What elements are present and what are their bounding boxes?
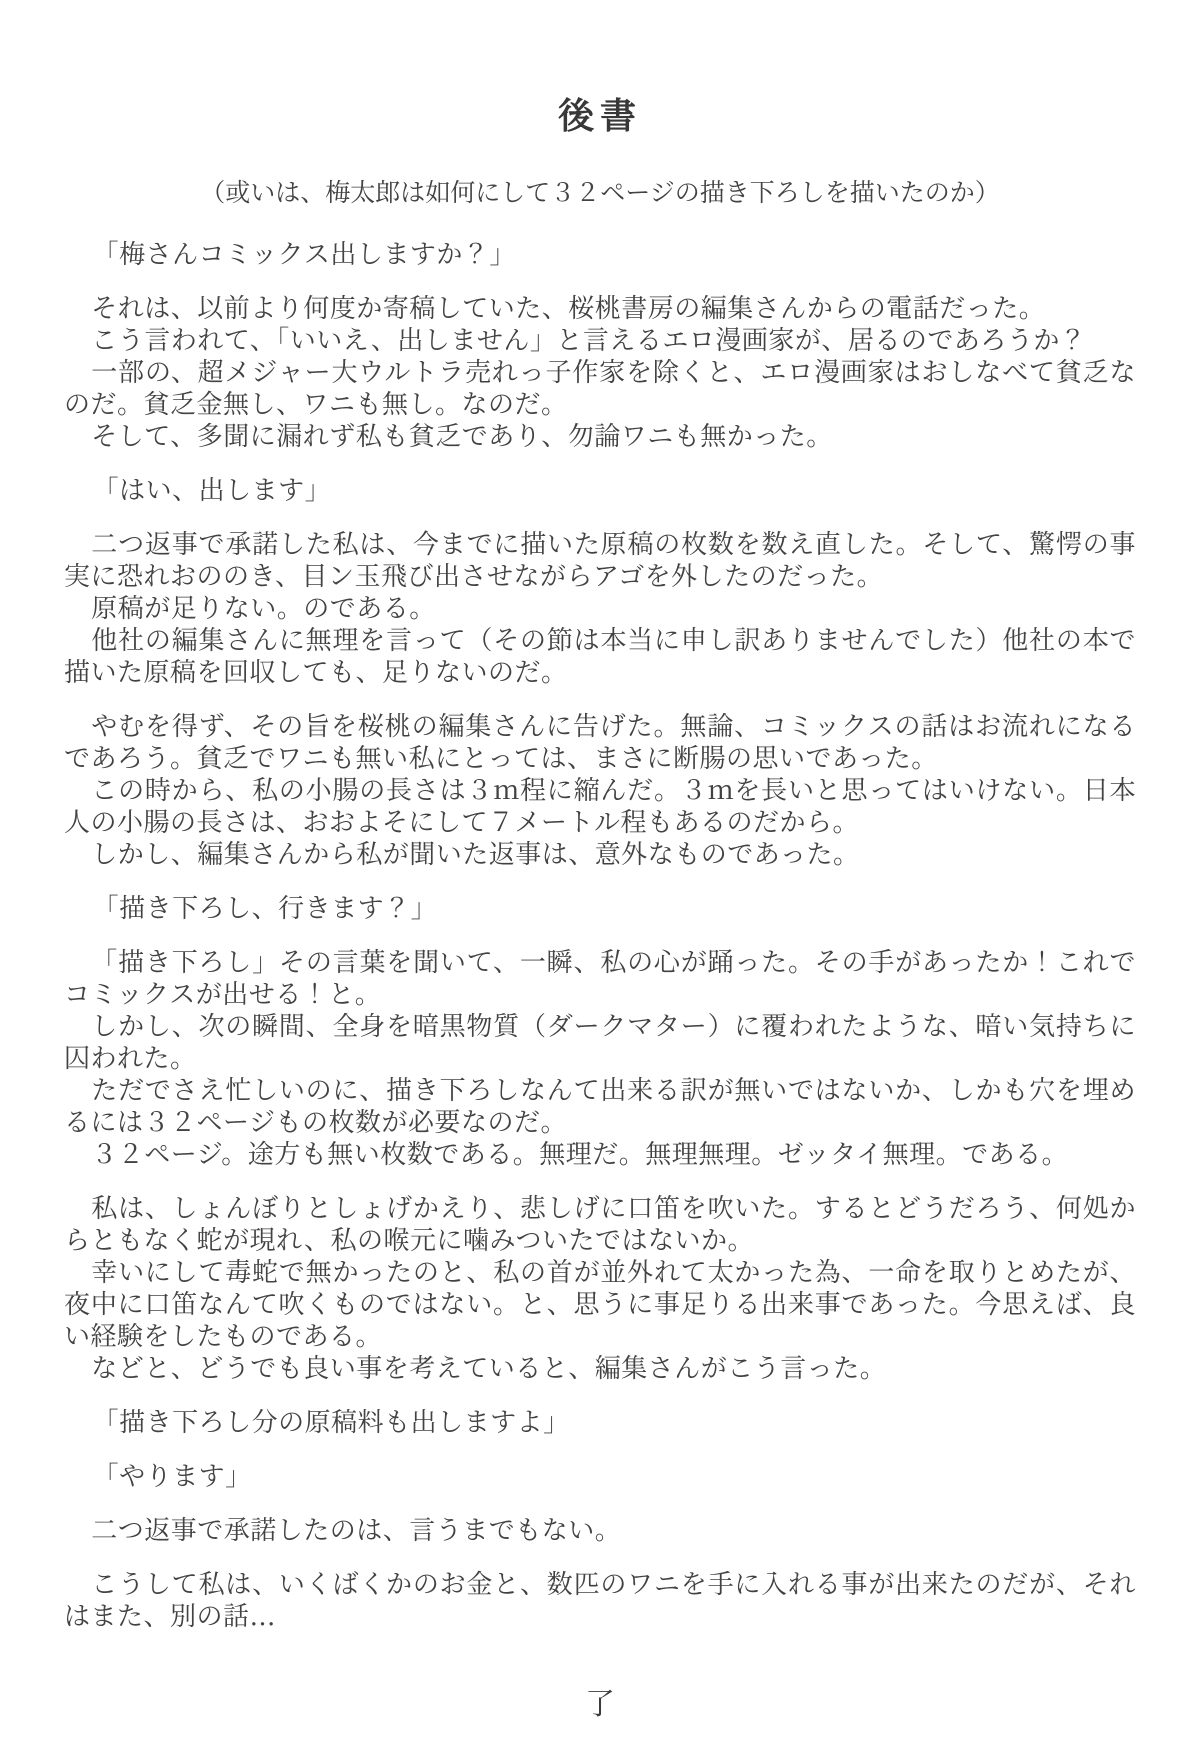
paragraph: それは、以前より何度か寄稿していた、桜桃書房の編集さんからの電話だった。 — [64, 293, 1136, 325]
text-block: 「描き下ろし」その言葉を聞いて、一瞬、私の心が踊った。その手があったか！これでコ… — [64, 947, 1136, 1171]
paragraph: 幸いにして毒蛇で無かったのと、私の首が並外れて太かった為、一命を取りとめたが、夜… — [64, 1257, 1136, 1353]
paragraph: 「はい、出します」 — [64, 475, 1136, 507]
paragraph: 「描き下ろし、行きます？」 — [64, 893, 1136, 925]
paragraph: この時から、私の小腸の長さは３ｍ程に縮んだ。３ｍを長いと思ってはいけない。日本人… — [64, 775, 1136, 839]
afterword-page: 後書 （或いは、梅太郎は如何にして３２ページの描き下ろしを描いたのか） 「梅さん… — [0, 0, 1200, 1756]
paragraph: などと、どうでも良い事を考えていると、編集さんがこう言った。 — [64, 1353, 1136, 1385]
paragraph: 二つ返事で承諾したのは、言うまでもない。 — [64, 1515, 1136, 1547]
paragraph: 「梅さんコミックス出しますか？」 — [64, 239, 1136, 271]
paragraph: しかし、編集さんから私が聞いた返事は、意外なものであった。 — [64, 839, 1136, 871]
page-title: 後書 — [64, 88, 1136, 139]
paragraph: 「描き下ろし」その言葉を聞いて、一瞬、私の心が踊った。その手があったか！これでコ… — [64, 947, 1136, 1011]
text-block: 二つ返事で承諾した私は、今までに描いた原稿の枚数を数え直した。そして、驚愕の事実… — [64, 529, 1136, 689]
text-block: 二つ返事で承諾したのは、言うまでもない。 — [64, 1515, 1136, 1547]
paragraph: 原稿が足りない。のである。 — [64, 593, 1136, 625]
text-block: やむを得ず、その旨を桜桃の編集さんに告げた。無論、コミックスの話はお流れになるで… — [64, 711, 1136, 871]
text-block: 私は、しょんぼりとしょげかえり、悲しげに口笛を吹いた。するとどうだろう、何処から… — [64, 1193, 1136, 1385]
paragraph: 「描き下ろし分の原稿料も出しますよ」 — [64, 1407, 1136, 1439]
paragraph: 他社の編集さんに無理を言って（その節は本当に申し訳ありませんでした）他社の本で描… — [64, 625, 1136, 689]
dialogue-block: 「描き下ろし分の原稿料も出しますよ」 — [64, 1407, 1136, 1439]
dialogue-block: 「梅さんコミックス出しますか？」 — [64, 239, 1136, 271]
paragraph: しかし、次の瞬間、全身を暗黒物質（ダークマター）に覆われたような、暗い気持ちに囚… — [64, 1011, 1136, 1075]
text-block: それは、以前より何度か寄稿していた、桜桃書房の編集さんからの電話だった。こう言わ… — [64, 293, 1136, 453]
paragraph: そして、多聞に漏れず私も貧乏であり、勿論ワニも無かった。 — [64, 421, 1136, 453]
dialogue-block: 「描き下ろし、行きます？」 — [64, 893, 1136, 925]
paragraph: ただでさえ忙しいのに、描き下ろしなんて出来る訳が無いではないか、しかも穴を埋める… — [64, 1075, 1136, 1139]
paragraph: 私は、しょんぼりとしょげかえり、悲しげに口笛を吹いた。するとどうだろう、何処から… — [64, 1193, 1136, 1257]
paragraph: ３２ページ。途方も無い枚数である。無理だ。無理無理。ゼッタイ無理。である。 — [64, 1139, 1136, 1171]
paragraph: やむを得ず、その旨を桜桃の編集さんに告げた。無論、コミックスの話はお流れになるで… — [64, 711, 1136, 775]
dialogue-block: 「やります」 — [64, 1461, 1136, 1493]
paragraph: こうして私は、いくばくかのお金と、数匹のワニを手に入れる事が出来たのだが、それは… — [64, 1569, 1136, 1633]
document-body: 「梅さんコミックス出しますか？」それは、以前より何度か寄稿していた、桜桃書房の編… — [64, 239, 1136, 1633]
paragraph: こう言われて、「いいえ、出しません」と言えるエロ漫画家が、居るのであろうか？ — [64, 325, 1136, 357]
end-mark: 了 — [64, 1679, 1136, 1723]
dialogue-block: 「はい、出します」 — [64, 475, 1136, 507]
text-block: こうして私は、いくばくかのお金と、数匹のワニを手に入れる事が出来たのだが、それは… — [64, 1569, 1136, 1633]
paragraph: 「やります」 — [64, 1461, 1136, 1493]
paragraph: 二つ返事で承諾した私は、今までに描いた原稿の枚数を数え直した。そして、驚愕の事実… — [64, 529, 1136, 593]
paragraph: 一部の、超メジャー大ウルトラ売れっ子作家を除くと、エロ漫画家はおしなべて貧乏なの… — [64, 357, 1136, 421]
page-subtitle: （或いは、梅太郎は如何にして３２ページの描き下ろしを描いたのか） — [64, 173, 1136, 209]
